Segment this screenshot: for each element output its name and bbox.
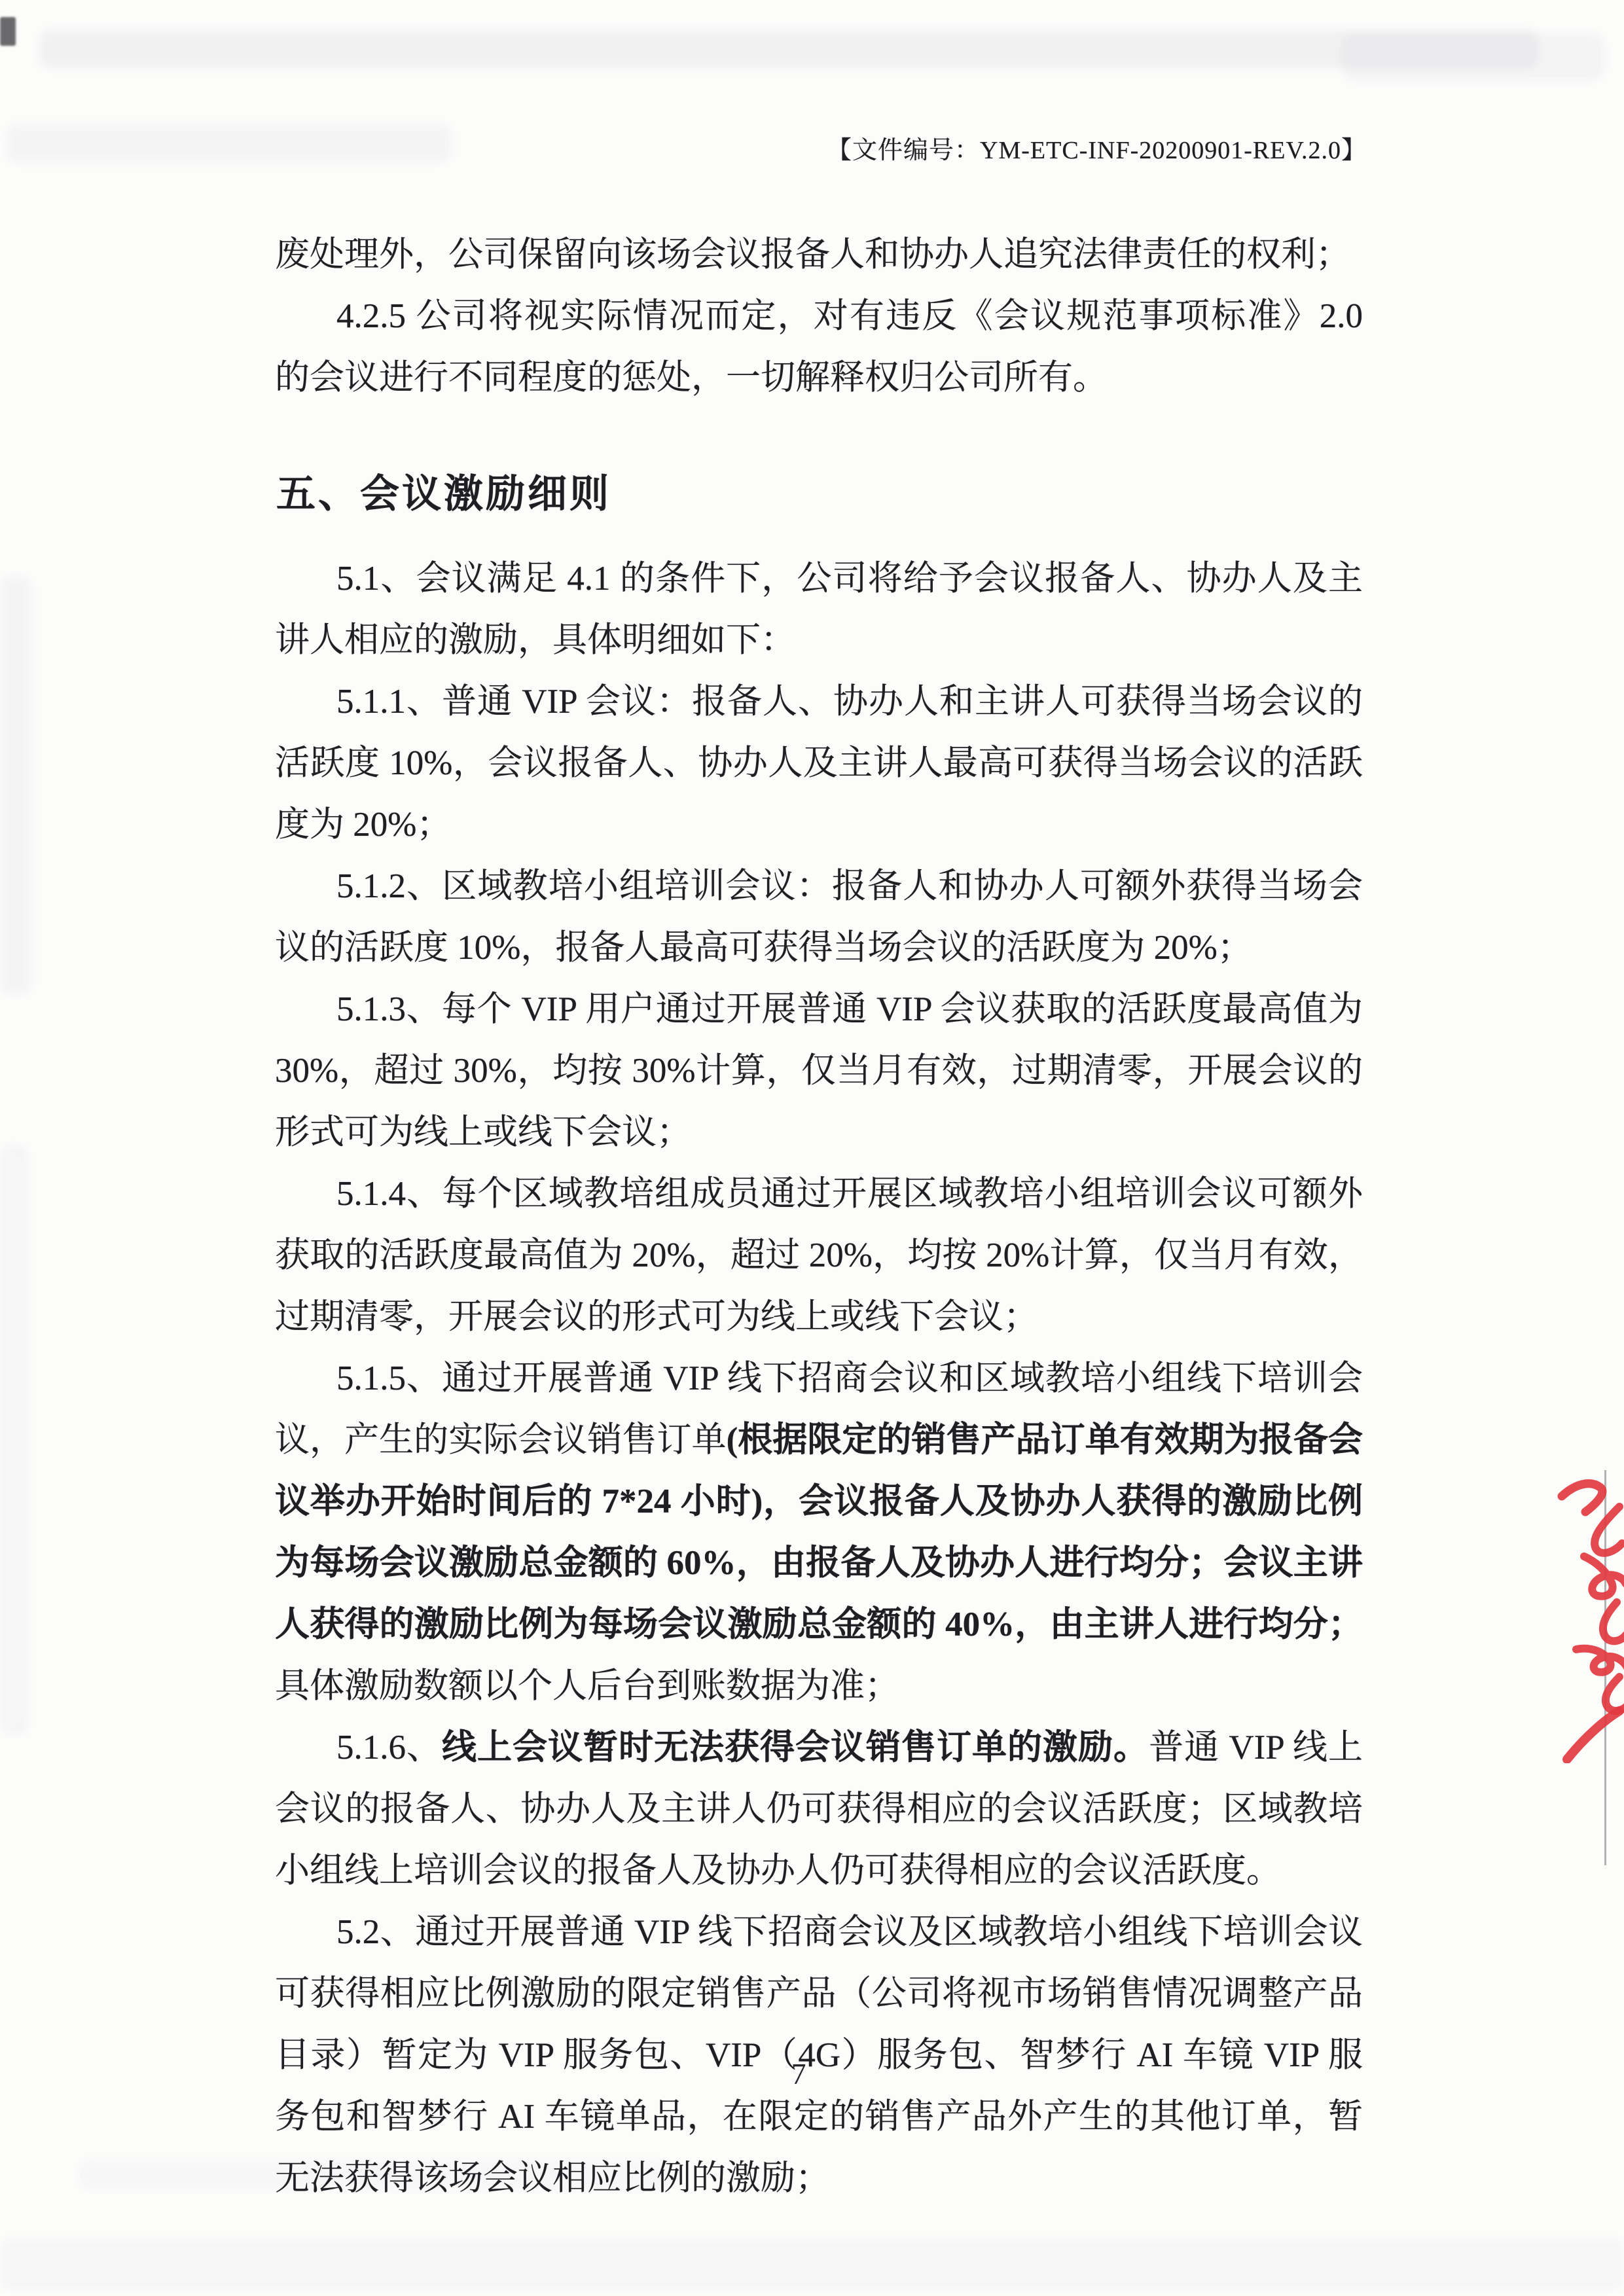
section-heading: 五、会议激励细则 bbox=[276, 464, 1363, 524]
text-run: 5.1.3、每个 VIP 用户通过开展普通 VIP 会议获取的活跃度最高值为 3… bbox=[275, 990, 1363, 1151]
paragraph: 4.2.5 公司将视实际情况而定，对有违反《会议规范事项标准》2.0 的会议进行… bbox=[275, 285, 1363, 408]
red-stamp-mark bbox=[1557, 1478, 1624, 1763]
scan-noise bbox=[0, 1145, 29, 1734]
text-run: 5.1.4、每个区域教培组成员通过开展区域教培小组培训会议可额外获取的活跃度最高… bbox=[275, 1175, 1363, 1336]
paragraph: 5.2、通过开展普通 VIP 线下招商会议及区域教培小组线下培训会议可获得相应比… bbox=[275, 1901, 1363, 2209]
page-number: 7 bbox=[772, 2056, 825, 2091]
stamp-stroke bbox=[1567, 1711, 1619, 1759]
text-run: 5.1、会议满足 4.1 的条件下，公司将给予会议报备人、协办人及主讲人相应的激… bbox=[275, 560, 1363, 659]
doc-number: 【文件编号：YM-ETC-INF-20200901-REV.2.0】 bbox=[827, 130, 1367, 166]
paragraph: 5.1.5、通过开展普通 VIP 线下招商会议和区域教培小组线下培训会议，产生的… bbox=[275, 1348, 1363, 1717]
paragraph: 5.1.6、线上会议暂时无法获得会议销售订单的激励。普通 VIP 线上会议的报备… bbox=[275, 1717, 1363, 1901]
paragraph: 5.1.4、每个区域教培组成员通过开展区域教培小组培训会议可额外获取的活跃度最高… bbox=[275, 1163, 1363, 1348]
scan-speck bbox=[0, 17, 16, 46]
stamp-stroke bbox=[1562, 1484, 1602, 1512]
scan-edge-line bbox=[1604, 1470, 1606, 1865]
paragraph: 5.1、会议满足 4.1 的条件下，公司将给予会议报备人、协办人及主讲人相应的激… bbox=[275, 548, 1363, 671]
text-run-bold: 五、会议激励细则 bbox=[276, 473, 611, 516]
text-run: 废处理外，公司保留向该场会议报备人和协办人追究法律责任的权利； bbox=[275, 236, 1350, 274]
stamp-stroke bbox=[1606, 1677, 1624, 1711]
document-body: 废处理外，公司保留向该场会议报备人和协办人追究法律责任的权利；4.2.5 公司将… bbox=[275, 224, 1363, 2209]
stamp-stroke bbox=[1595, 1507, 1622, 1553]
scan-noise bbox=[7, 124, 452, 162]
paragraph: 5.1.2、区域教培小组培训会议：报备人和协办人可额外获得当场会议的活跃度 10… bbox=[275, 855, 1363, 978]
scan-noise bbox=[39, 30, 1538, 68]
stamp-stroke bbox=[1576, 1649, 1624, 1672]
text-run: 5.1.2、区域教培小组培训会议：报备人和协办人可额外获得当场会议的活跃度 10… bbox=[275, 867, 1363, 967]
text-run-bold: 线上会议暂时无法获得会议销售订单的激励。 bbox=[442, 1729, 1149, 1767]
paragraph: 5.1.1、普通 VIP 会议：报备人、协办人和主讲人可获得当场会议的活跃度 1… bbox=[275, 671, 1363, 855]
scan-noise bbox=[0, 576, 31, 995]
text-run: 5.2、通过开展普通 VIP 线下招商会议及区域教培小组线下培训会议可获得相应比… bbox=[275, 1913, 1363, 2197]
text-run: 5.1.1、普通 VIP 会议：报备人、协办人和主讲人可获得当场会议的活跃度 1… bbox=[275, 683, 1363, 844]
scan-noise bbox=[0, 2238, 1624, 2289]
paragraph: 废处理外，公司保留向该场会议报备人和协办人追究法律责任的权利； bbox=[275, 224, 1363, 285]
text-run: 5.1.6、 bbox=[336, 1729, 442, 1767]
document-page: 【文件编号：YM-ETC-INF-20200901-REV.2.0】 废处理外，… bbox=[0, 0, 1624, 2296]
scan-noise bbox=[1342, 34, 1604, 80]
text-run: 4.2.5 公司将视实际情况而定，对有违反《会议规范事项标准》2.0 的会议进行… bbox=[275, 297, 1363, 397]
paragraph: 5.1.3、每个 VIP 用户通过开展普通 VIP 会议获取的活跃度最高值为 3… bbox=[275, 978, 1363, 1163]
text-run: 具体激励数额以个人后台到账数据为准； bbox=[275, 1667, 899, 1705]
